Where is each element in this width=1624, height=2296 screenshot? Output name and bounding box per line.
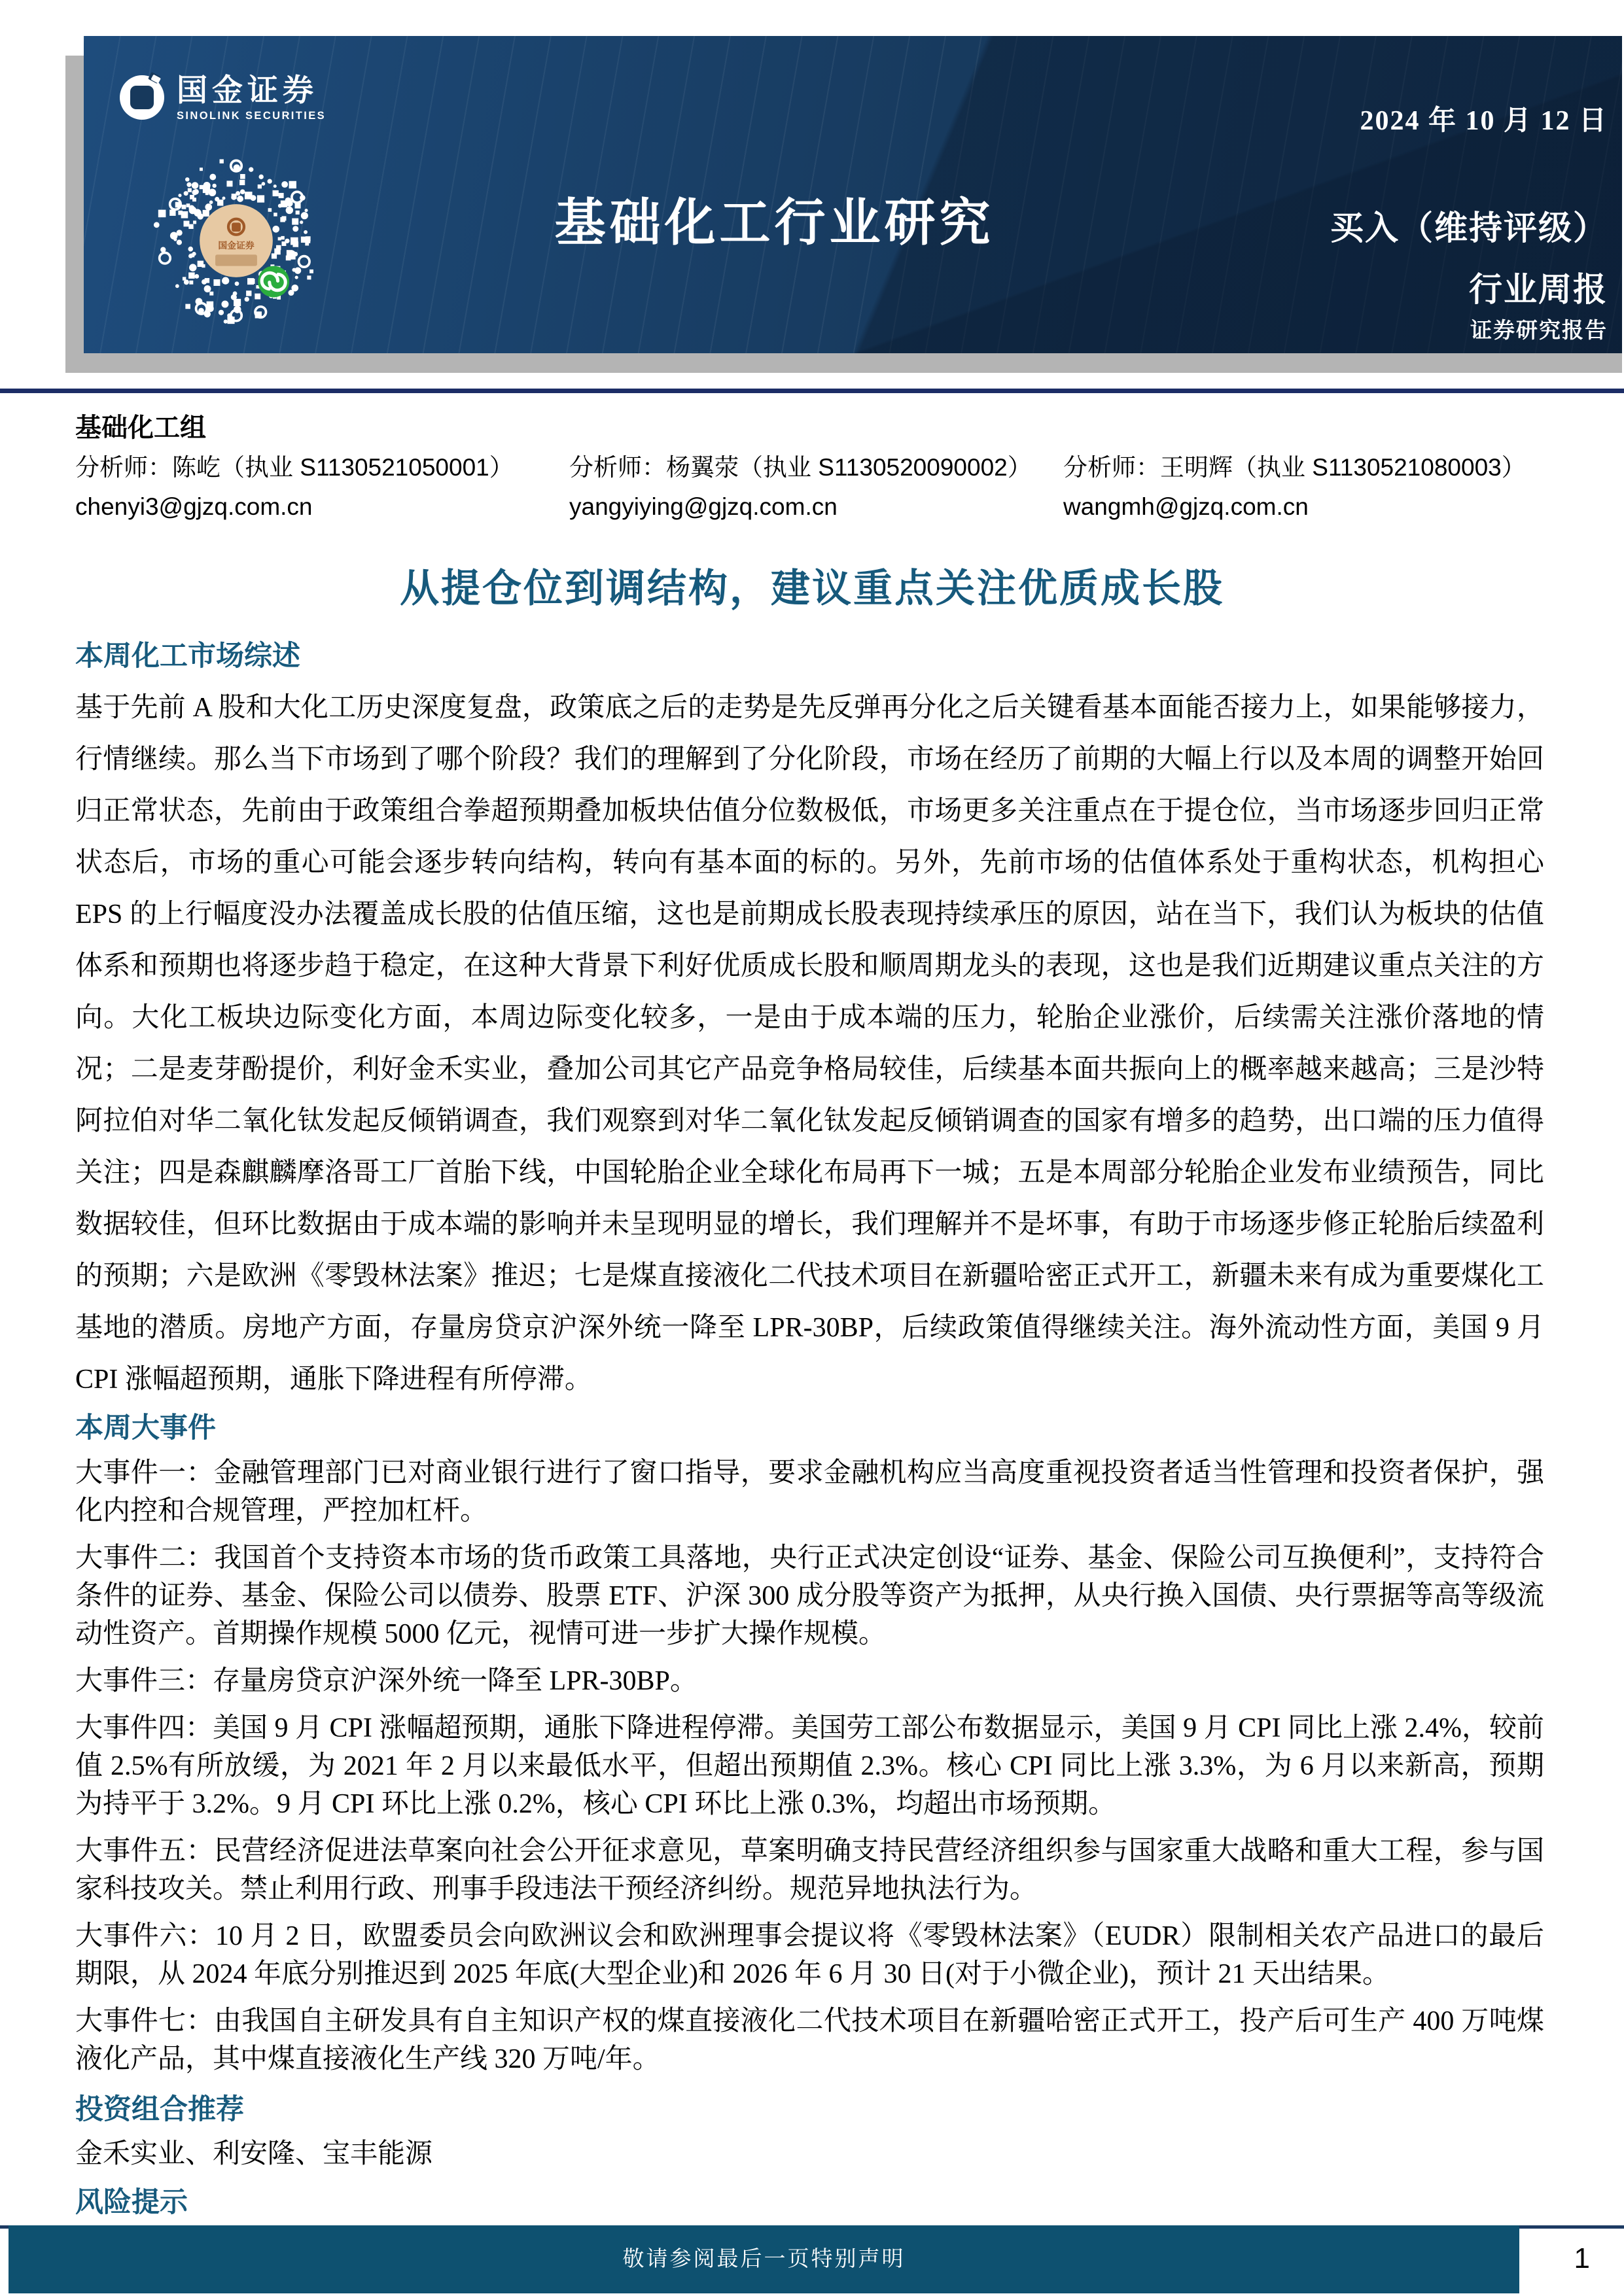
event-paragraph-1: 大事件一：金融管理部门已对商业银行进行了窗口指导，要求金融机构应当高度重视投资者… [75,1454,1544,1530]
analyst-name-license: 分析师：王明辉（执业 S1130521080003） [1063,451,1547,484]
header-divider [0,389,1624,393]
event-paragraph-2: 大事件二：我国首个支持资本市场的货币政策工具落地，央行正式决定创设“证券、基金、… [75,1539,1544,1653]
event-paragraph-6: 大事件六：10 月 2 日，欧盟委员会向欧洲议会和欧洲理事会提议将《零毁林法案》… [75,1917,1544,1993]
article-body: 本周化工市场综述 基于先前 A 股和大化工历史深度复盘，政策底之后的走势是先反弹… [75,638,1544,2264]
analyst-email: chenyi3@gjzq.com.cn [75,491,569,523]
footer-disclaimer-text: 敬请参阅最后一页特别声明 [623,2248,906,2271]
footer-disclaimer-bar: 敬请参阅最后一页特别声明 [9,2225,1519,2293]
event-paragraph-4: 大事件四：美国 9 月 CPI 涨幅超预期，通胀下降进程停滞。美国劳工部公布数据… [75,1709,1544,1823]
sinolink-ring-logo-icon [118,72,168,122]
page-number: 1 [1574,2242,1590,2275]
analyst-email: yangyiying@gjzq.com.cn [569,491,1063,523]
section-heading-market-summary: 本周化工市场综述 [75,638,1544,674]
brand-name-cn: 国金证券 [177,73,326,107]
report-series-title: 基础化工行业研究 [84,194,1465,251]
analyst-email: wangmh@gjzq.com.cn [1063,491,1547,523]
market-summary-paragraph: 基于先前 A 股和大化工历史深度复盘，政策底之后的走势是先反弹再分化之后关键看基… [75,682,1544,1406]
brand-name-en: SINOLINK SECURITIES [177,110,326,122]
report-date: 2024 年 10 月 12 日 [1360,99,1608,138]
article-title: 从提仓位到调结构，建议重点关注优质成长股 [0,557,1624,614]
report-category-label: 证券研究报告 [1470,313,1608,344]
analyst-entry: 分析师：陈屹（执业 S1130521050001） chenyi3@gjzq.c… [75,451,569,523]
analyst-entry: 分析师：杨翼荥（执业 S1130520090002） yangyiying@gj… [569,451,1063,523]
analyst-group-title: 基础化工组 [75,412,1547,444]
section-heading-weekly-events: 本周大事件 [75,1410,1544,1446]
analyst-grid: 分析师：陈屹（执业 S1130521050001） chenyi3@gjzq.c… [75,451,1547,523]
section-heading-portfolio: 投资组合推荐 [75,2091,1544,2128]
report-kind-label: 行业周报 [1469,262,1608,311]
wechat-channels-icon [258,266,289,298]
analyst-entry: 分析师：王明辉（执业 S1130521080003） wangmh@gjzq.c… [1063,451,1547,523]
rating-badge: 买入（维持评级） [1330,201,1608,249]
report-banner: 国金证券 SINOLINK SECURITIES 国金证券 2024 年 10 … [84,36,1622,353]
event-paragraph-5: 大事件五：民营经济促进法草案向社会公开征求意见，草案明确支持民营经济组织参与国家… [75,1832,1544,1908]
event-paragraph-7: 大事件七：由我国自主研发具有自主知识产权的煤直接液化二代技术项目在新疆哈密正式开… [75,2002,1544,2078]
brand-logo: 国金证券 SINOLINK SECURITIES [118,72,326,122]
section-heading-risk: 风险提示 [75,2184,1544,2221]
analyst-name-license: 分析师：杨翼荥（执业 S1130520090002） [569,451,1063,484]
analyst-name-license: 分析师：陈屹（执业 S1130521050001） [75,451,569,484]
portfolio-picks: 金禾实业、利安隆、宝丰能源 [75,2137,1544,2171]
event-paragraph-3: 大事件三：存量房贷京沪深外统一降至 LPR-30BP。 [75,1662,1544,1700]
analyst-block: 基础化工组 分析师：陈屹（执业 S1130521050001） chenyi3@… [75,412,1547,523]
